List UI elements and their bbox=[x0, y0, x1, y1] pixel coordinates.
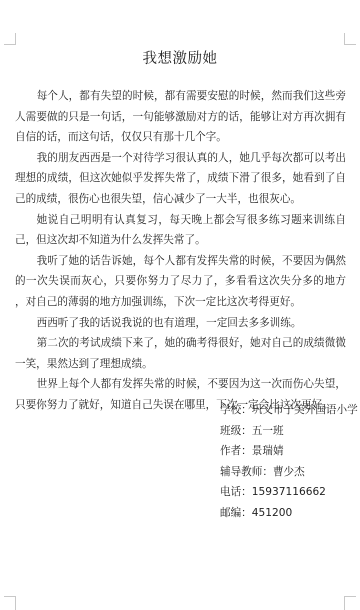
paragraph: 她说自己明明有认真复习，每天晚上都会写很多练习题来训练自己，但这次却不知道为什么… bbox=[15, 210, 346, 251]
document-title: 我想激励她 bbox=[0, 47, 360, 68]
page-corner-mark-bottom-right bbox=[344, 596, 356, 610]
paragraph: 每个人，都有失望的时候，都有需要安慰的时候，然而我们这些旁人需要做的只是一句话，… bbox=[15, 86, 346, 148]
paragraph: 我听了她的话告诉她，每个人都有发挥失常的时候，不要因为偶然的一次失误而灰心，只要… bbox=[15, 251, 346, 313]
paragraph: 西西听了我的话说我说的也有道理，一定回去多多训练。 bbox=[15, 313, 346, 334]
page-corner-mark-top-left bbox=[4, 33, 16, 45]
author-line: 作者：景瑞婧 bbox=[220, 441, 358, 462]
page-corner-mark-bottom-left bbox=[4, 596, 16, 610]
paragraph: 第二次的考试成绩下来了，她的确考得很好，她对自己的成绩微微一笑，果然达到了理想成… bbox=[15, 333, 346, 374]
class-line: 班级：五一班 bbox=[220, 421, 358, 442]
teacher-line: 辅导教师：曹少杰 bbox=[220, 462, 358, 483]
author-info-block: 学校：巩义市子美外国语小学 班级：五一班 作者：景瑞婧 辅导教师：曹少杰 电话：… bbox=[220, 400, 358, 524]
school-line: 学校：巩义市子美外国语小学 bbox=[220, 400, 358, 421]
document-body: 每个人，都有失望的时候，都有需要安慰的时候，然而我们这些旁人需要做的只是一句话，… bbox=[15, 86, 346, 416]
postcode-line: 邮编：451200 bbox=[220, 503, 358, 524]
page-corner-mark-top-right bbox=[344, 33, 356, 45]
paragraph: 我的朋友西西是一个对待学习很认真的人，她几乎每次都可以考出理想的成绩，但这次她似… bbox=[15, 148, 346, 210]
phone-line: 电话：15937116662 bbox=[220, 482, 358, 503]
